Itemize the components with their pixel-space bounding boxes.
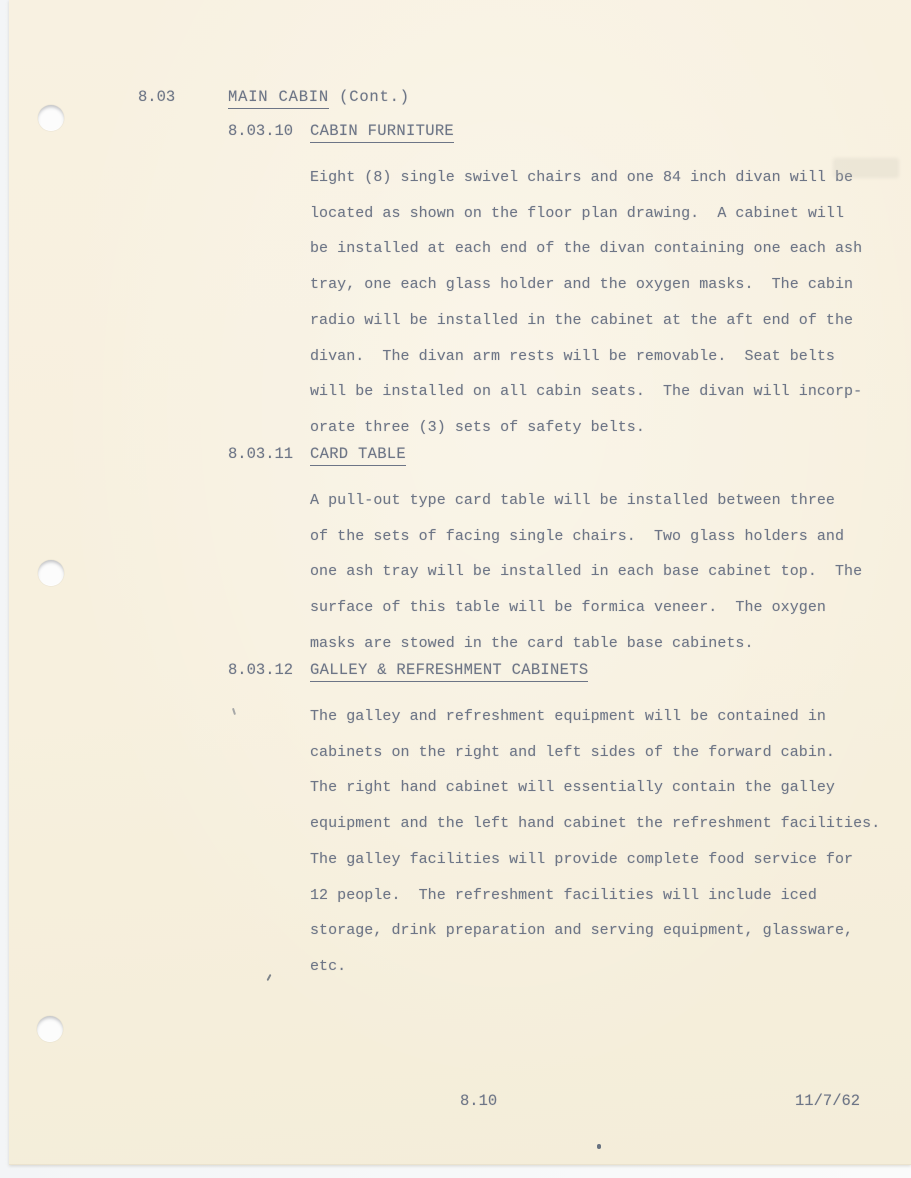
subsection-heading: 8.03.10CABIN FURNITURE xyxy=(228,122,888,160)
ink-speck xyxy=(597,1144,601,1149)
subsection-card-table: 8.03.11CARD TABLE A pull-out type card t… xyxy=(228,445,888,662)
subsection-body-text: The galley and refreshment equipment wil… xyxy=(310,699,888,985)
punch-hole-bottom xyxy=(37,1016,63,1042)
subsection-title: CARD TABLE xyxy=(310,445,406,466)
document-page: 8.03 MAIN CABIN (Cont.) 8.03.10CABIN FUR… xyxy=(9,0,911,1165)
subsection-title: GALLEY & REFRESHMENT CABINETS xyxy=(310,661,588,682)
subsection-number: 8.03.12 xyxy=(228,661,310,680)
section-title: MAIN CABIN (Cont.) xyxy=(228,88,410,106)
subsection-number: 8.03.11 xyxy=(228,445,310,464)
subsection-number: 8.03.10 xyxy=(228,122,310,141)
punch-hole-middle xyxy=(38,560,64,586)
subsection-heading: 8.03.11CARD TABLE xyxy=(228,445,888,483)
subsection-body-text: A pull-out type card table will be insta… xyxy=(310,483,888,662)
section-title-suffix: (Cont.) xyxy=(329,88,410,106)
scanned-page-background: 8.03 MAIN CABIN (Cont.) 8.03.10CABIN FUR… xyxy=(0,0,911,1178)
subsection-body-text: Eight (8) single swivel chairs and one 8… xyxy=(310,160,888,446)
subsection-title: CABIN FURNITURE xyxy=(310,122,454,143)
footer-date: 11/7/62 xyxy=(795,1092,860,1110)
subsection-cabin-furniture: 8.03.10CABIN FURNITURE Eight (8) single … xyxy=(228,122,888,446)
subsection-heading: 8.03.12GALLEY & REFRESHMENT CABINETS xyxy=(228,661,888,699)
footer-page-number: 8.10 xyxy=(460,1092,497,1110)
section-title-text: MAIN CABIN xyxy=(228,88,329,109)
subsection-galley-refreshment: 8.03.12GALLEY & REFRESHMENT CABINETS The… xyxy=(228,661,888,985)
erased-text-smudge xyxy=(833,158,899,178)
punch-hole-top xyxy=(38,105,64,131)
section-number: 8.03 xyxy=(138,88,175,106)
